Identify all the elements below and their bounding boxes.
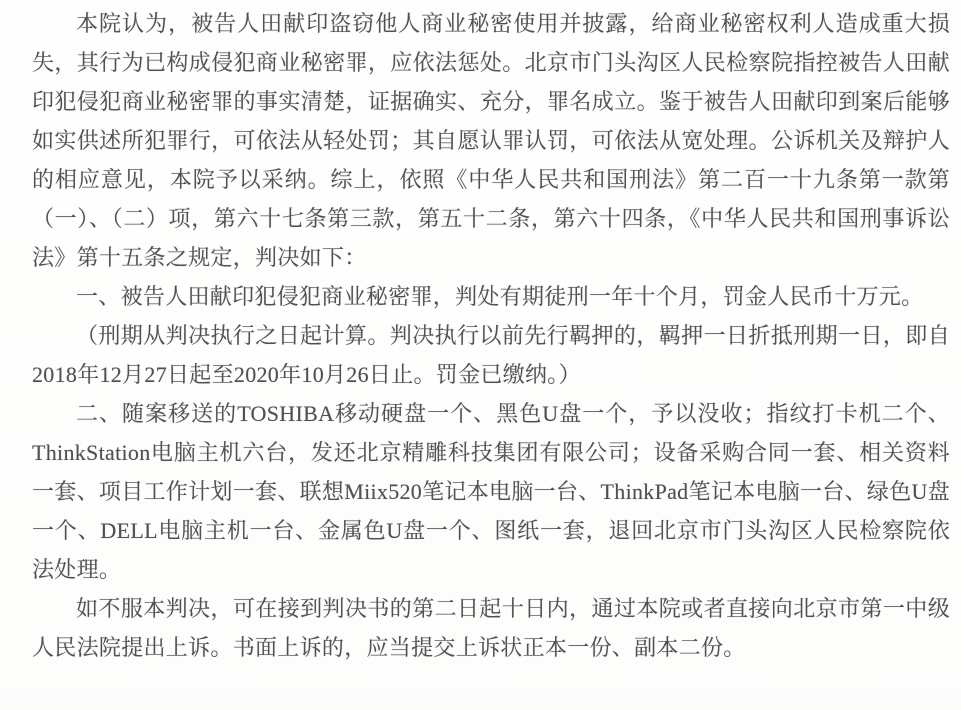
judgment-text-block: 本院认为，被告人田献印盗窃他人商业秘密使用并披露，给商业秘密权利人造成重大损失，… — [32, 4, 950, 667]
paragraph-appeal-instructions: 如不服本判决，可在接到判决书的第二日起十日内，通过本院或者直接向北京市第一中级人… — [32, 589, 950, 667]
paragraph-verdict-item-2-property-disposition: 二、随案移送的TOSHIBA移动硬盘一个、黑色U盘一个，予以没收；指纹打卡机二个… — [32, 394, 950, 589]
court-judgment-page: 本院认为，被告人田献印盗窃他人商业秘密使用并披露，给商业秘密权利人造成重大损失，… — [0, 0, 961, 710]
paragraph-court-opinion-and-legal-basis: 本院认为，被告人田献印盗窃他人商业秘密使用并披露，给商业秘密权利人造成重大损失，… — [32, 4, 950, 277]
paragraph-sentence-term-calculation-note: （刑期从判决执行之日起计算。判决执行以前先行羁押的，羁押一日折抵刑期一日，即自2… — [32, 316, 950, 394]
paragraph-verdict-item-1-sentence: 一、被告人田献印犯侵犯商业秘密罪，判处有期徒刑一年十个月，罚金人民币十万元。 — [32, 277, 950, 316]
